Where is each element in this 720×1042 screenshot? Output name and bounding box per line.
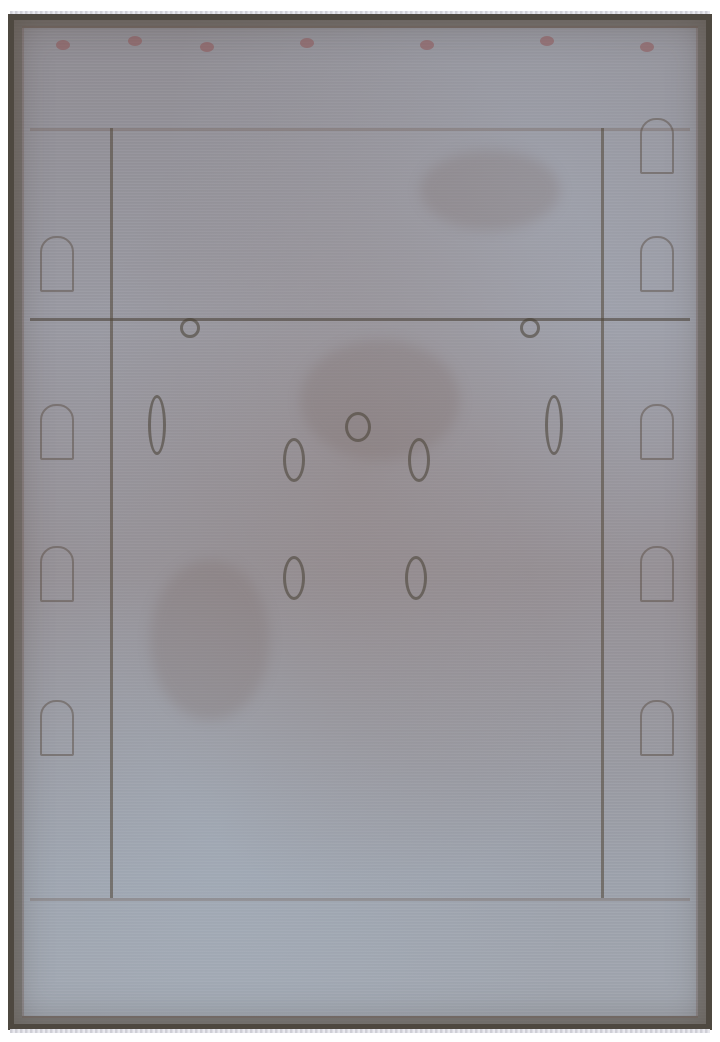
rug-faded-patch	[300, 340, 460, 460]
rug-red-accent	[540, 36, 554, 46]
rug-vine-motif	[545, 395, 563, 455]
rug-red-accent	[300, 38, 314, 48]
rug-bottom-band	[30, 898, 690, 901]
rug-floral-motif	[180, 318, 200, 338]
rug-border-motif	[40, 404, 74, 460]
rug-border-motif	[640, 236, 674, 292]
rug-border-motif	[40, 700, 74, 756]
rug-red-accent	[640, 42, 654, 52]
rug-red-accent	[420, 40, 434, 50]
rug-medallion-motif	[405, 556, 427, 600]
rug-border-motif	[640, 404, 674, 460]
rug-border-motif	[640, 546, 674, 602]
rug-floral-motif	[345, 412, 371, 442]
rug-red-accent	[128, 36, 142, 46]
rug-medallion-motif	[283, 556, 305, 600]
rug-faded-patch	[420, 150, 560, 230]
rug-medallion-motif	[408, 438, 430, 482]
rug-vine-motif	[148, 395, 166, 455]
rug-inner-frame	[110, 128, 604, 898]
rug-red-accent	[200, 42, 214, 52]
rug-floral-motif	[520, 318, 540, 338]
rug-border-motif	[640, 118, 674, 174]
rug-red-accent	[56, 40, 70, 50]
rug-medallion-motif	[283, 438, 305, 482]
rug-border-motif	[40, 236, 74, 292]
rug-border-motif	[40, 546, 74, 602]
rug-fringe-bottom	[10, 1029, 710, 1033]
rug-border-motif	[640, 700, 674, 756]
rug-faded-patch	[150, 560, 270, 720]
